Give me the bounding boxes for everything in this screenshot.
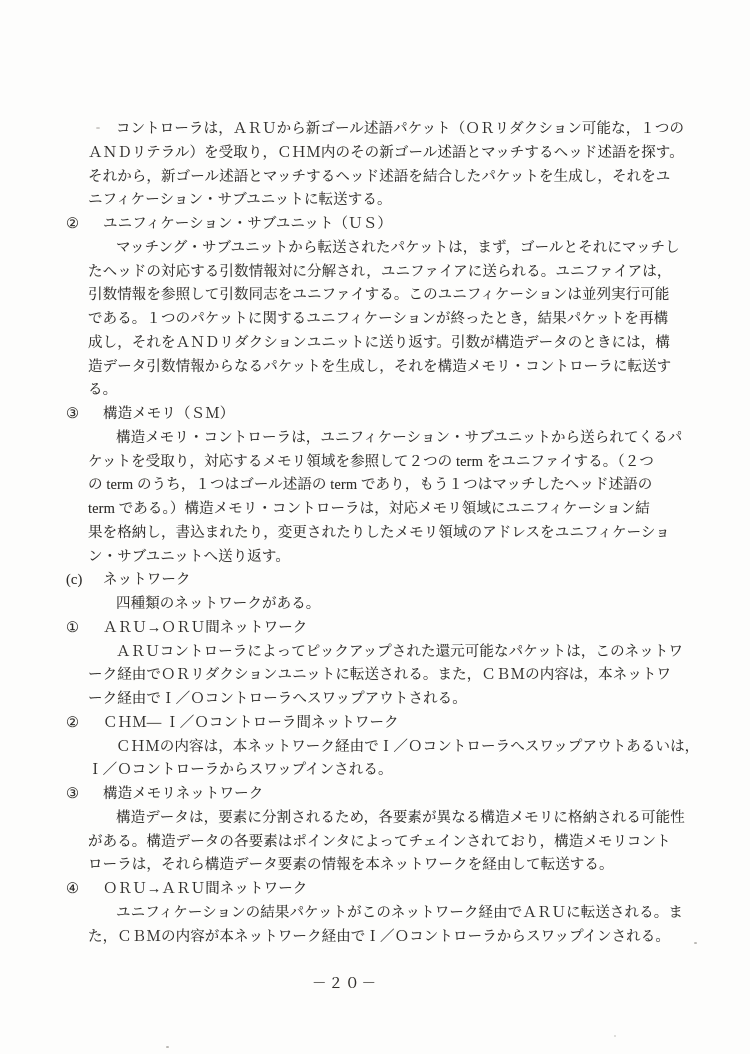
line-text: ＡＲＵ→ＯＲＵ間ネットワーク: [103, 620, 307, 636]
text-line: ローラは，それら構造データ要素の情報を本ネットワークを経由して転送する。: [88, 854, 750, 878]
text-line: マッチング・サブユニットから転送されたパケットは，まず，ゴールとそれにマッチし: [88, 237, 750, 261]
line-text: ーク経由でＯＲリダクションユニットに転送される。また，ＣＢＭの内容は，本ネットワ: [88, 667, 671, 683]
section-heading-line: ③構造メモリ（ＳＭ）: [66, 403, 750, 427]
text-line: 構造データは，要素に分割されるため，各要素が異なる構造メモリに格納される可能性: [88, 807, 750, 831]
section-marker: ④: [66, 878, 103, 902]
text-line: それから，新ゴール述語とマッチするヘッド述語を結合したパケットを生成し，それをユ: [88, 166, 750, 190]
line-text: の term のうち，１つはゴール述語の term であり，もう１つはマッチした…: [88, 477, 652, 493]
text-line: ケットを受取り，対応するメモリ領域を参照して２つの term をユニファイする。…: [88, 451, 750, 475]
section-heading-line: ④ＯＲＵ→ＡＲＵ間ネットワーク: [66, 878, 750, 902]
text-line: ＡＮＤリテラル）を受取り，ＣＨＭ内のその新ゴール述語とマッチするヘッド述語を探す…: [88, 142, 750, 166]
section-heading-line: ①ＡＲＵ→ＯＲＵ間ネットワーク: [66, 617, 750, 641]
scan-speck: [96, 127, 100, 129]
section-marker: ③: [66, 403, 103, 427]
line-text: 構造メモリ（ＳＭ）: [103, 406, 234, 422]
line-text: 造データ引数情報からなるパケットを生成し，それを構造メモリ・コントローラに転送す: [88, 359, 671, 375]
body-text: コントローラは，ＡＲＵから新ゴール述語パケット（ＯＲリダクション可能な，１つのＡ…: [0, 118, 750, 949]
line-text: た，ＣＢＭの内容が本ネットワーク経由でＩ／Ｏコントローラからスワップインされる。: [88, 929, 670, 945]
text-line: term である。）構造メモリ・コントローラは，対応メモリ領域にユニフィケーショ…: [88, 498, 750, 522]
line-text: ローラは，それら構造データ要素の情報を本ネットワークを経由して転送する。: [88, 857, 614, 873]
line-text: 果を格納し，書込まれたり，変更されたりしたメモリ領域のアドレスをユニフィケーショ: [88, 525, 670, 541]
line-text: ＣＨＭ― Ｉ／Ｏコントローラ間ネットワーク: [103, 715, 399, 731]
line-text: たヘッドの対応する引数情報対に分解され，ユニファイアに送られる。ユニファイアは，: [88, 264, 671, 280]
text-line: る。: [88, 379, 750, 403]
line-text: ン・サブユニットへ送り返す。: [88, 549, 290, 565]
line-text: マッチング・サブユニットから転送されたパケットは，まず，ゴールとそれにマッチし: [116, 240, 680, 256]
line-text: ーク経由でＩ／Ｏコントローラへスワップアウトされる。: [88, 691, 467, 707]
text-line: がある。構造データの各要素はポインタによってチェインされており，構造メモリコント: [88, 831, 750, 855]
section-marker: ①: [66, 617, 103, 641]
line-text: ケットを受取り，対応するメモリ領域を参照して２つの term をユニファイする。…: [88, 454, 654, 470]
line-text: ＡＲＵコントローラによってピックアップされた還元可能なパケットは，このネットワ: [116, 644, 683, 660]
scan-speck: [166, 1046, 169, 1048]
section-heading-line: (c)ネットワーク: [66, 569, 750, 593]
text-line: 造データ引数情報からなるパケットを生成し，それを構造メモリ・コントローラに転送す: [88, 356, 750, 380]
line-text: コントローラは，ＡＲＵから新ゴール述語パケット（ＯＲリダクション可能な，１つの: [116, 121, 684, 137]
line-text: 成し，それをＡＮＤリダクションユニットに送り返す。引数が構造データのときには，構: [88, 335, 670, 351]
section-marker: ②: [66, 712, 103, 736]
scan-speck: [614, 1035, 616, 1037]
line-text: ユニフィケーションの結果パケットがこのネットワーク経由でＡＲＵに転送される。ま: [116, 905, 683, 921]
text-line: Ｉ／Ｏコントローラからスワップインされる。: [88, 759, 750, 783]
text-line: ーク経由でＩ／Ｏコントローラへスワップアウトされる。: [88, 688, 750, 712]
line-text: ユニフィケーション・サブユニット（ＵＳ）: [103, 216, 392, 232]
line-text: がある。構造データの各要素はポインタによってチェインされており，構造メモリコント: [88, 834, 671, 850]
section-heading-line: ③構造メモリネットワーク: [66, 783, 750, 807]
text-line: ＡＲＵコントローラによってピックアップされた還元可能なパケットは，このネットワ: [88, 641, 750, 665]
line-text: 構造メモリネットワーク: [103, 786, 263, 802]
document-page: コントローラは，ＡＲＵから新ゴール述語パケット（ＯＲリダクション可能な，１つのＡ…: [0, 0, 750, 1054]
text-line: 成し，それをＡＮＤリダクションユニットに送り返す。引数が構造データのときには，構: [88, 332, 750, 356]
text-line: 四種類のネットワークがある。: [88, 593, 750, 617]
text-line: た，ＣＢＭの内容が本ネットワーク経由でＩ／Ｏコントローラからスワップインされる。: [88, 926, 750, 950]
section-marker: ②: [66, 213, 103, 237]
text-line: ン・サブユニットへ送り返す。: [88, 546, 750, 570]
line-text: ネットワーク: [103, 572, 191, 588]
text-line: ＣＨＭの内容は，本ネットワーク経由でＩ／Ｏコントローラへスワップアウトあるいは，: [88, 736, 750, 760]
line-text: 構造メモリ・コントローラは，ユニフィケーション・サブユニットから送られてくるパ: [116, 430, 682, 446]
scan-speck: [694, 942, 697, 944]
line-text: である。１つのパケットに関するユニフィケーションが終ったとき，結果パケットを再構: [88, 311, 668, 327]
section-marker: (c): [66, 569, 103, 593]
line-text: term である。）構造メモリ・コントローラは，対応メモリ領域にユニフィケーショ…: [88, 501, 650, 517]
line-text: Ｉ／Ｏコントローラからスワップインされる。: [88, 762, 393, 778]
text-line: である。１つのパケットに関するユニフィケーションが終ったとき，結果パケットを再構: [88, 308, 750, 332]
section-heading-line: ②ユニフィケーション・サブユニット（ＵＳ）: [66, 213, 750, 237]
line-text: ＯＲＵ→ＡＲＵ間ネットワーク: [103, 881, 307, 897]
text-line: 引数情報を参照して引数同志をユニファイする。このユニフィケーションは並列実行可能: [88, 284, 750, 308]
text-line: たヘッドの対応する引数情報対に分解され，ユニファイアに送られる。ユニファイアは，: [88, 261, 750, 285]
text-line: コントローラは，ＡＲＵから新ゴール述語パケット（ＯＲリダクション可能な，１つの: [88, 118, 750, 142]
section-marker: ③: [66, 783, 103, 807]
line-text: ＣＨＭの内容は，本ネットワーク経由でＩ／Ｏコントローラへスワップアウトあるいは，: [116, 739, 699, 755]
text-line: ユニフィケーションの結果パケットがこのネットワーク経由でＡＲＵに転送される。ま: [88, 902, 750, 926]
line-text: ＡＮＤリテラル）を受取り，ＣＨＭ内のその新ゴール述語とマッチするヘッド述語を探す…: [88, 145, 684, 161]
text-line: 構造メモリ・コントローラは，ユニフィケーション・サブユニットから送られてくるパ: [88, 427, 750, 451]
text-line: ニフィケーション・サブユニットに転送する。: [88, 189, 750, 213]
line-text: ニフィケーション・サブユニットに転送する。: [88, 192, 392, 208]
line-text: それから，新ゴール述語とマッチするヘッド述語を結合したパケットを生成し，それをユ: [88, 169, 670, 185]
line-text: る。: [88, 382, 117, 398]
text-line: ーク経由でＯＲリダクションユニットに転送される。また，ＣＢＭの内容は，本ネットワ: [88, 664, 750, 688]
line-text: 四種類のネットワークがある。: [116, 596, 320, 612]
line-text: 構造データは，要素に分割されるため，各要素が異なる構造メモリに格納される可能性: [116, 810, 685, 826]
page-number: －２０－: [0, 972, 720, 996]
text-line: の term のうち，１つはゴール述語の term であり，もう１つはマッチした…: [88, 474, 750, 498]
line-text: 引数情報を参照して引数同志をユニファイする。このユニフィケーションは並列実行可能: [88, 287, 670, 303]
section-heading-line: ②ＣＨＭ― Ｉ／Ｏコントローラ間ネットワーク: [66, 712, 750, 736]
text-line: 果を格納し，書込まれたり，変更されたりしたメモリ領域のアドレスをユニフィケーショ: [88, 522, 750, 546]
